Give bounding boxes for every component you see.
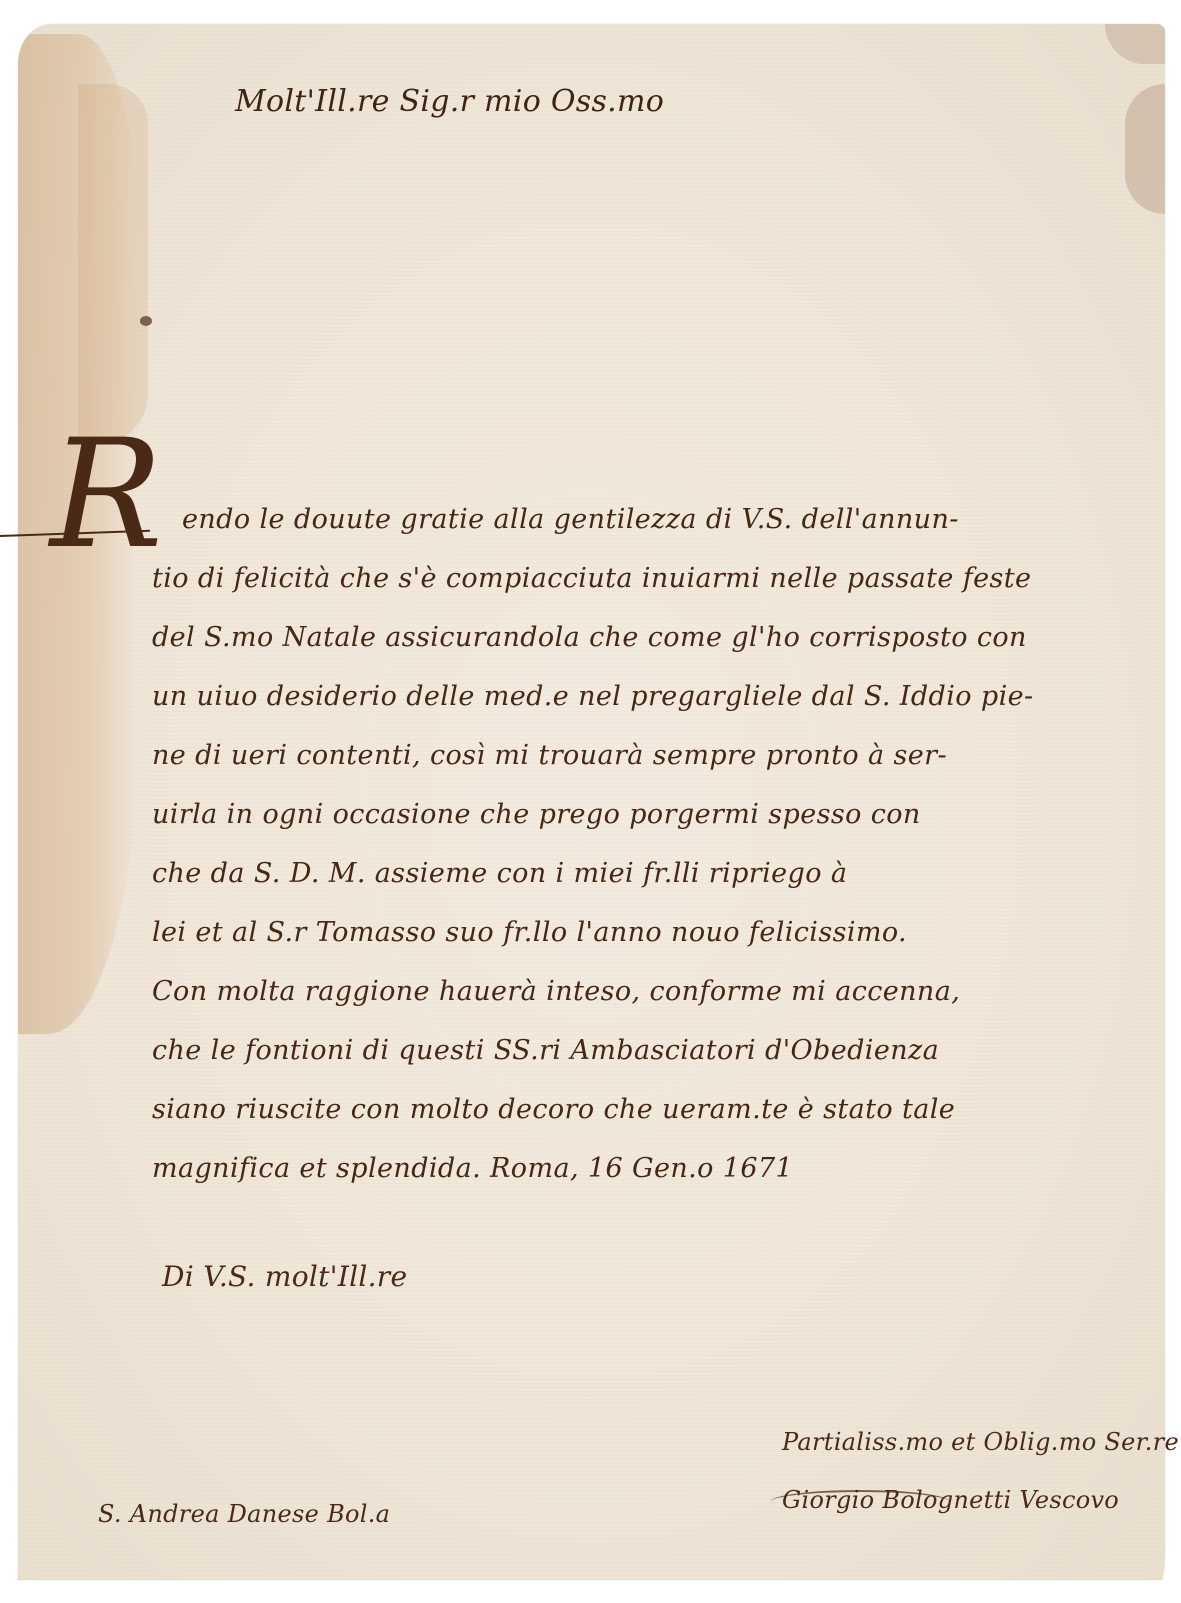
body-line: endo le douute gratie alla gentilezza di…: [152, 490, 1142, 549]
decorative-initial: R: [50, 420, 163, 570]
letter-body: endo le douute gratie alla gentilezza di…: [152, 490, 1142, 1198]
closing-formula: Di V.S. molt'Ill.re: [162, 1260, 407, 1293]
body-line: che le fontioni di questi SS.ri Ambascia…: [152, 1021, 1142, 1080]
body-line: tio di felicità che s'è compiacciuta inu…: [152, 549, 1142, 608]
water-stain-right: [1125, 84, 1165, 214]
salutation: Molt'Ill.re Sig.r mio Oss.mo: [235, 84, 664, 119]
body-line: magnifica et splendida. Roma, 16 Gen.o 1…: [152, 1139, 1142, 1198]
water-stain-top-right: [1105, 24, 1165, 64]
addressee: S. Andrea Danese Bol.a: [98, 1500, 390, 1528]
water-stain-left-inner: [78, 84, 148, 444]
body-line: Con molta raggione hauerà inteso, confor…: [152, 962, 1142, 1021]
body-line: del S.mo Natale assicurandola che come g…: [152, 608, 1142, 667]
body-line: che da S. D. M. assieme con i miei fr.ll…: [152, 844, 1142, 903]
body-line: siano riuscite con molto decoro che uera…: [152, 1080, 1142, 1139]
body-line: ne di ueri contenti, così mi trouarà sem…: [152, 726, 1142, 785]
body-line: lei et al S.r Tomasso suo fr.llo l'anno …: [152, 903, 1142, 962]
body-line: uirla in ogni occasione che prego porger…: [152, 785, 1142, 844]
signature-name: Giorgio Bolognetti Vescovo: [782, 1486, 1119, 1514]
body-line: un uiuo desiderio delle med.e nel pregar…: [152, 667, 1142, 726]
ink-blot: [140, 316, 152, 326]
signature-title: Partialiss.mo et Oblig.mo Ser.re: [782, 1428, 1179, 1456]
